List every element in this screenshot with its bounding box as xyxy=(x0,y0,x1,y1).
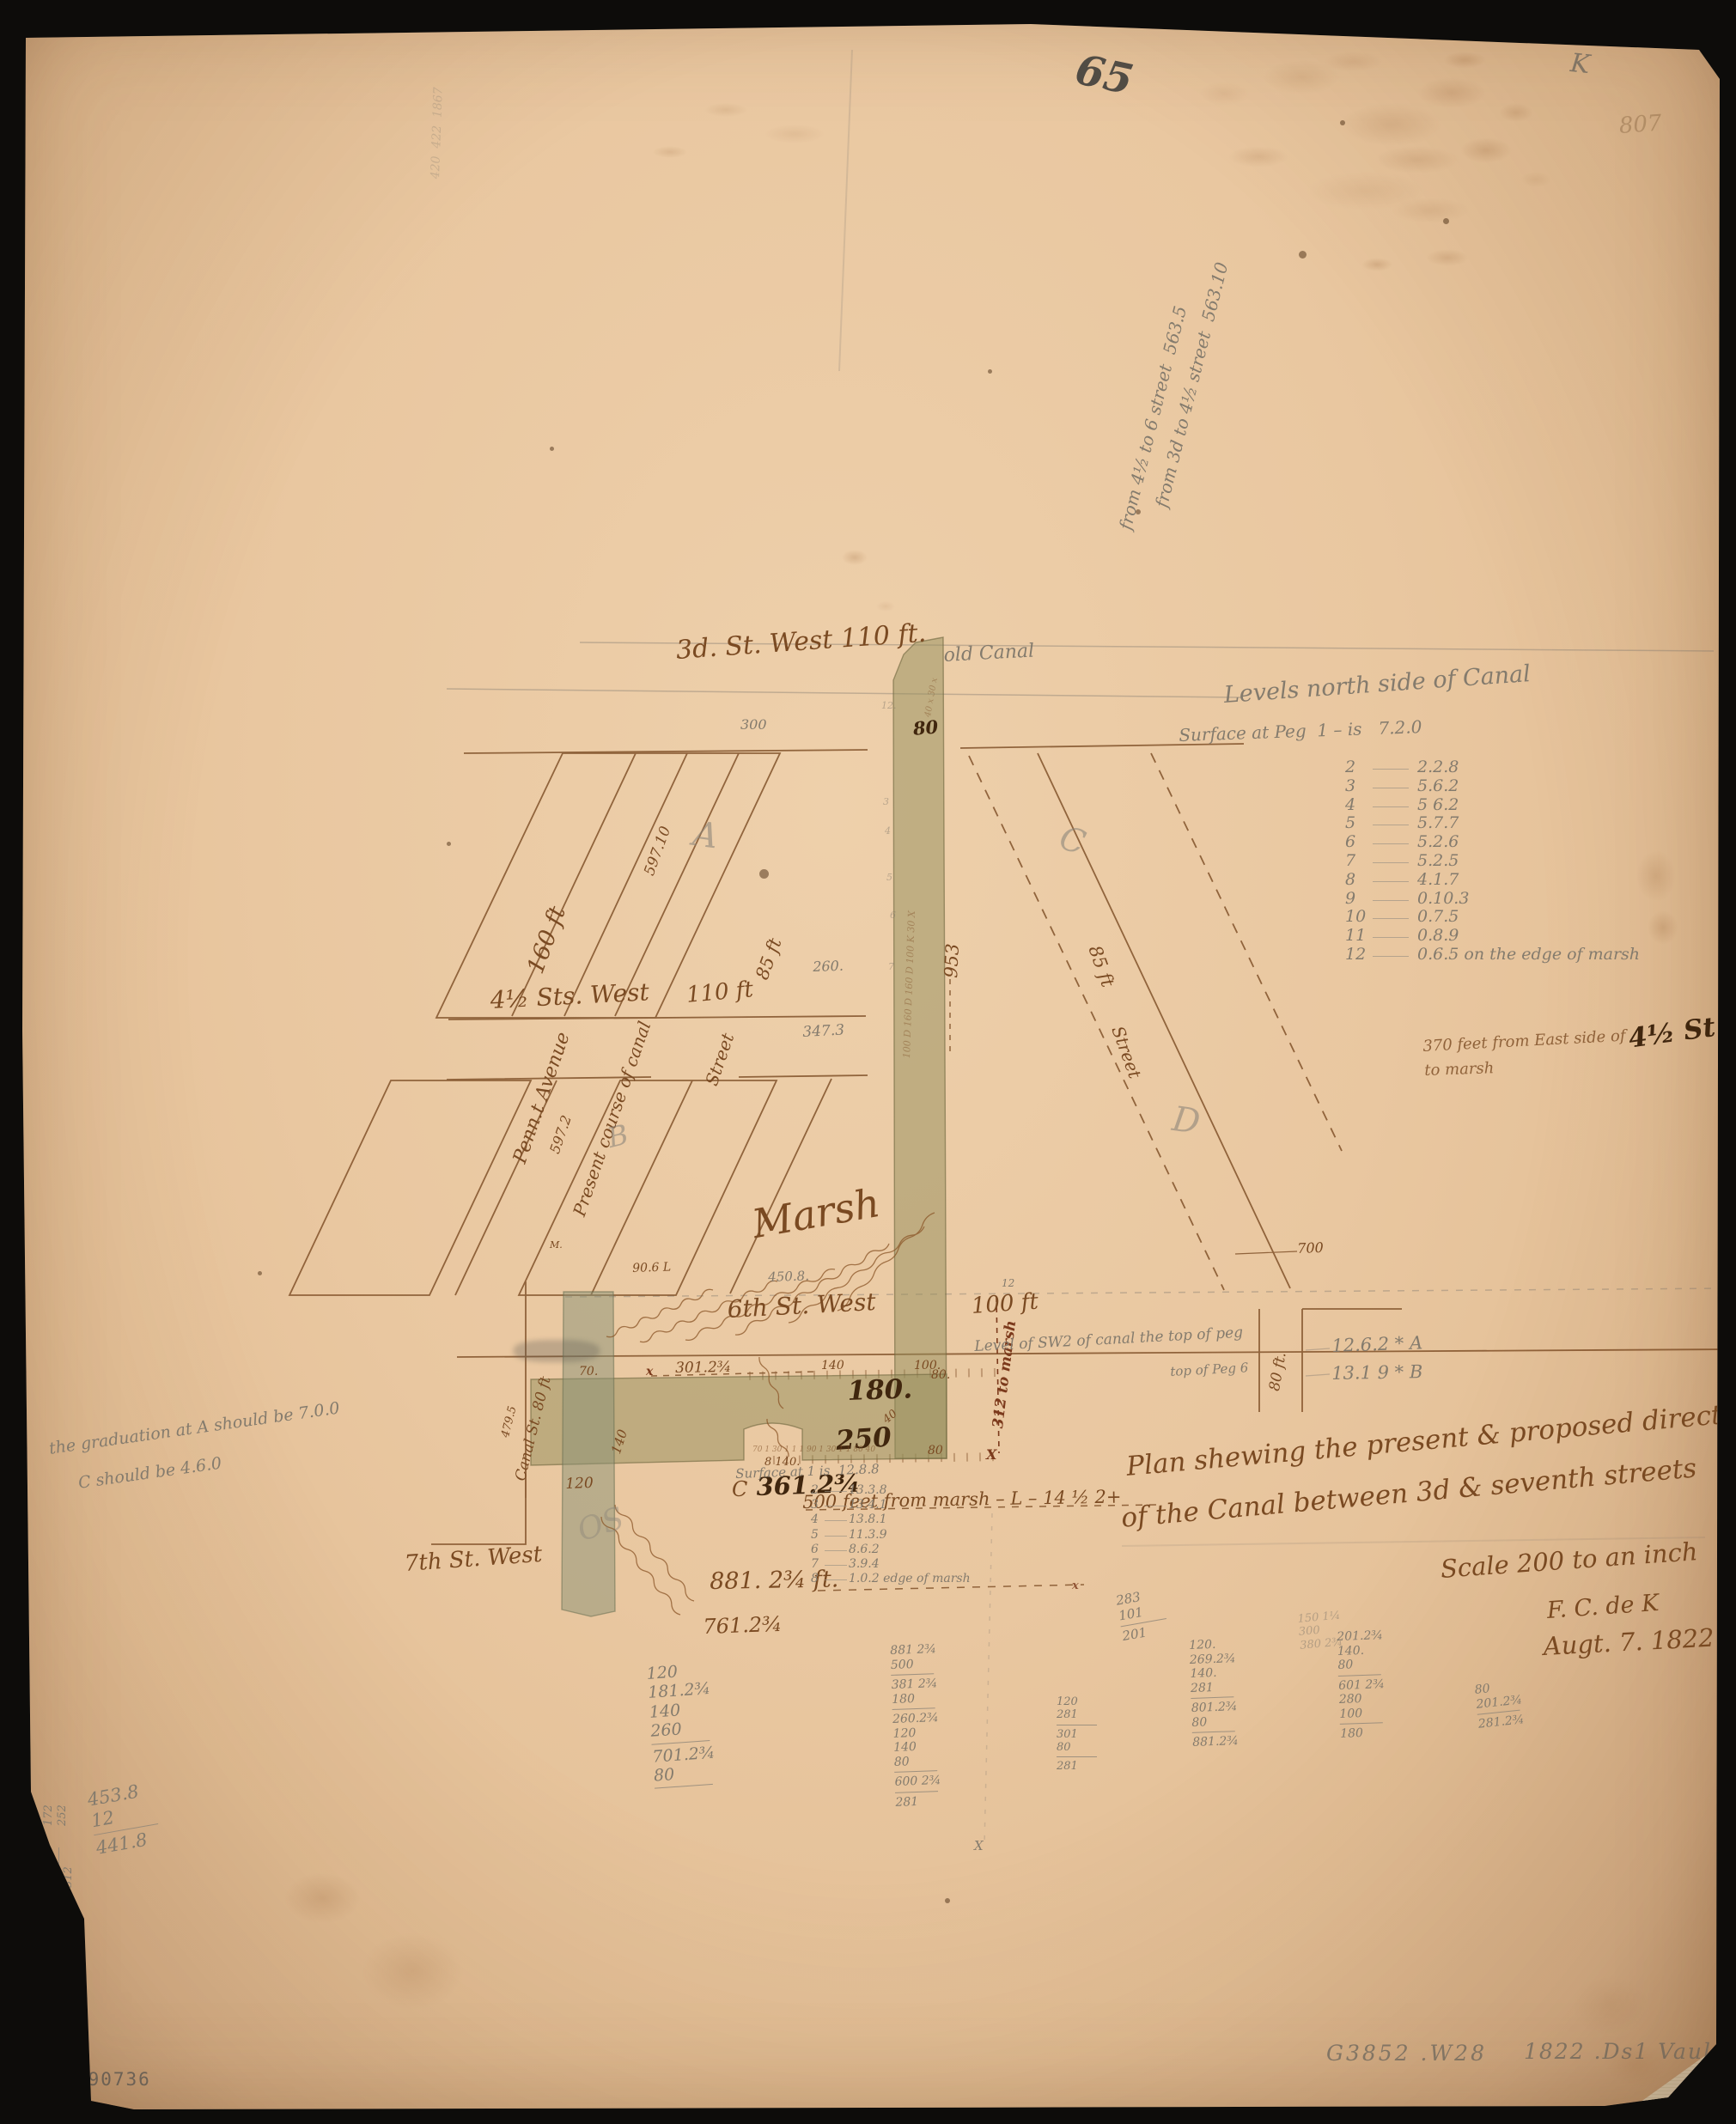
surface-value: 1.0.2 edge of marsh xyxy=(849,1573,971,1585)
calc-rotated-2: 172140312 xyxy=(29,1847,75,1888)
levels-value: 5.2.6 xyxy=(1417,834,1459,851)
num-347-3: 347.3 xyxy=(802,1023,845,1040)
surface-value: 8.6.2 xyxy=(849,1543,880,1556)
levels-peg: 10 xyxy=(1345,909,1366,926)
levels-value: 0.10.3 xyxy=(1417,891,1469,908)
calc-line: 80 xyxy=(894,1754,941,1769)
tick-numbers: 70 1 30 1 1 1 90 1 30 1 1 80 40 xyxy=(752,1446,875,1454)
calc-line: 601 2¾ xyxy=(1338,1677,1385,1693)
letter-a: A xyxy=(691,816,720,855)
surface-value: 13.4.1 xyxy=(849,1499,887,1512)
levels-value: 0.7.5 xyxy=(1417,909,1459,926)
sum-rule xyxy=(892,1707,935,1710)
levels-dash xyxy=(1373,881,1409,882)
sum-rule xyxy=(895,1791,938,1793)
calc-line: 281 xyxy=(1191,1680,1237,1695)
peg-4: 4 xyxy=(885,826,891,837)
levels-value: 5.2.5 xyxy=(1417,853,1459,870)
peg-7: 7 xyxy=(888,962,894,972)
calc-line: 80 xyxy=(29,1804,42,1826)
ink-street-lines xyxy=(289,744,1728,1591)
mark-x-70: x xyxy=(646,1366,653,1378)
calc-line: 172 xyxy=(29,1847,42,1888)
calc-line: 312 xyxy=(62,1847,75,1888)
surface-peg: 5 xyxy=(811,1529,819,1542)
sum-rule xyxy=(1191,1696,1233,1699)
sum-rule xyxy=(1057,1756,1097,1757)
levels-peg: 6 xyxy=(1345,834,1355,851)
surface-dash xyxy=(825,1491,847,1492)
num-70: 70. xyxy=(579,1366,598,1378)
surface-peg: 7 xyxy=(811,1558,819,1571)
calc-line: 260 xyxy=(650,1718,714,1741)
calc-line: 281 xyxy=(1057,1760,1097,1773)
calc-line: 140 xyxy=(42,1847,55,1888)
calc-line: 269.2¾ xyxy=(1190,1652,1236,1667)
calc-line: 281 xyxy=(1057,1708,1097,1721)
peg-5: 5 xyxy=(886,873,892,883)
calc-line: 801.2¾ xyxy=(1191,1700,1238,1715)
levels-peg: 11 xyxy=(1345,928,1366,945)
page-number: 65 xyxy=(1072,48,1137,102)
calc-line: 120 xyxy=(1057,1695,1097,1708)
num-110ft: 110 ft xyxy=(685,978,754,1007)
surface-dash xyxy=(825,1520,847,1521)
calc-line: 100 xyxy=(1339,1706,1386,1721)
levels-peg: 8 xyxy=(1345,872,1355,889)
note-370-2: to marsh xyxy=(1424,1061,1495,1080)
levels-peg: 3 xyxy=(1345,778,1355,795)
calc-line: 140. xyxy=(1190,1665,1236,1681)
calc-line: 180 xyxy=(1340,1725,1386,1741)
peg-12: 12. xyxy=(881,701,897,711)
calc-col-7: 80201.2¾281.2¾ xyxy=(1474,1678,1525,1731)
calc-line: 172 xyxy=(42,1804,55,1826)
levels-dash xyxy=(1373,769,1409,770)
levels-value: 5.6.2 xyxy=(1417,778,1459,795)
num-450-8: 450.8. xyxy=(768,1269,809,1284)
sum-rule xyxy=(1338,1674,1381,1677)
levels-dash xyxy=(1373,806,1409,807)
surface-peg: 6 xyxy=(811,1543,819,1556)
num-700: 700 xyxy=(1297,1241,1324,1257)
mark-x-marsh: X xyxy=(986,1448,996,1463)
surface-peg: 8 xyxy=(811,1573,819,1585)
levels-peg: 4 xyxy=(1345,797,1355,814)
calc-col-6: 201.2¾140.80601 2¾280100180 xyxy=(1337,1628,1386,1741)
calc-line: 80 xyxy=(653,1762,716,1786)
surface-value: 11.3.9 xyxy=(849,1529,887,1542)
surface-dash xyxy=(825,1506,847,1506)
calc-line: 600 2¾ xyxy=(894,1774,941,1789)
letter-d: D xyxy=(1170,1101,1203,1141)
levels-peg: 12 xyxy=(1345,946,1366,964)
num-100ft: 100 ft xyxy=(971,1291,1039,1319)
calc-line: 120 xyxy=(892,1725,939,1741)
calc-line: 80 xyxy=(1191,1714,1238,1730)
levels-dash xyxy=(1373,918,1409,919)
calc-line: 140. xyxy=(1337,1643,1384,1658)
surface-dash xyxy=(825,1565,847,1566)
calc-line: 301 xyxy=(1057,1728,1097,1741)
archive-number: 88-690736 xyxy=(38,2070,151,2089)
calc-col-8: 150 1¼300380 2¾ xyxy=(1297,1610,1343,1652)
sum-rule xyxy=(1057,1725,1097,1725)
num-12-peg: 12 xyxy=(1002,1278,1014,1289)
calc-line: 281 xyxy=(895,1794,941,1810)
num-80-right1: 80. xyxy=(931,1369,950,1382)
vault-number: 1822 .Ds1 Vault xyxy=(1524,2041,1722,2063)
num-80-canal-top: 80 xyxy=(912,717,939,739)
levels-value: 0.8.9 xyxy=(1417,928,1459,945)
calc-line: 260.2¾ xyxy=(892,1711,939,1726)
surface-dash xyxy=(825,1550,847,1551)
levels-dash xyxy=(1373,825,1409,825)
num-300: 300 xyxy=(740,718,767,733)
num-301-2: 301.2¾ xyxy=(675,1360,731,1377)
levels-peg: 5 xyxy=(1345,815,1355,832)
level-a-value: 12.6.2 * A xyxy=(1331,1333,1423,1355)
levels-dash xyxy=(1373,900,1409,901)
calc-rotated-1: 80172252 xyxy=(29,1804,69,1826)
calc-line: 80 xyxy=(1057,1741,1097,1754)
calc-line: 280 xyxy=(1339,1691,1386,1707)
surface-peg: 2 xyxy=(811,1484,819,1497)
levels-value: 5 6.2 xyxy=(1417,797,1459,814)
calc-col-4: 283101201 xyxy=(1115,1586,1170,1646)
surface-value: 13.3.8 xyxy=(849,1484,887,1497)
calc-col-2: 881 2¾500381 2¾180260.2¾12014080600 2¾28… xyxy=(890,1642,941,1810)
peg-6: 6 xyxy=(890,910,896,921)
num-120: 120 xyxy=(565,1476,594,1493)
corner-letter: K xyxy=(1569,50,1592,79)
num-761: 761.2¾ xyxy=(703,1614,783,1638)
mark-m: M. xyxy=(550,1240,563,1251)
surface-value: 13.8.1 xyxy=(849,1513,887,1526)
surface-value: 3.9.4 xyxy=(849,1558,880,1571)
levels-dash xyxy=(1373,788,1409,788)
sum-rule xyxy=(58,1847,59,1888)
sum-rule xyxy=(1192,1731,1235,1733)
levels-dash xyxy=(1373,862,1409,863)
call-number: G3852 .W28 xyxy=(1326,2042,1487,2065)
calc-corner: 453.812441.8 xyxy=(86,1779,162,1859)
levels-peg: 7 xyxy=(1345,853,1355,870)
calc-col-1: 120181.2¾140260701.2¾80 xyxy=(646,1660,717,1792)
calc-col-5: 120.269.2¾140.281801.2¾80881.2¾ xyxy=(1189,1637,1239,1750)
num-140-top: 140 xyxy=(821,1360,844,1372)
calc-line: 180 xyxy=(892,1691,938,1707)
calc-line: 881 2¾ xyxy=(890,1642,936,1658)
label-c-ink: C xyxy=(732,1479,747,1500)
sum-rule xyxy=(891,1673,934,1676)
levels-dash xyxy=(1373,956,1409,957)
canal-953: 953 xyxy=(941,943,962,978)
surface-peg: 4 xyxy=(811,1513,819,1526)
calc-line: 201.2¾ xyxy=(1337,1628,1383,1644)
levels-peg: 9 xyxy=(1345,891,1355,908)
num-180: 180. xyxy=(847,1375,913,1405)
num-80-right2: 80 xyxy=(928,1445,943,1458)
levels-value: 2.2.8 xyxy=(1417,759,1459,776)
photo-background: 65 K 807 Plan shewing the present & prop… xyxy=(0,0,1736,2124)
mark-x-881: x xyxy=(1072,1580,1079,1592)
level-b-value: 13.1 9 * B xyxy=(1331,1362,1422,1383)
corner-number: 807 xyxy=(1618,113,1662,139)
calc-line: 80 xyxy=(1337,1657,1384,1672)
surface-dash xyxy=(825,1579,847,1580)
calc-line: 120. xyxy=(1189,1637,1235,1652)
calc-line: 252 xyxy=(56,1804,69,1826)
surface-dash xyxy=(825,1536,847,1537)
sum-rule xyxy=(1340,1722,1383,1725)
num-260: 260. xyxy=(813,959,844,975)
calc-line: 500 xyxy=(891,1657,937,1672)
levels-value: 4.1.7 xyxy=(1417,872,1459,889)
levels-peg: 2 xyxy=(1345,759,1355,776)
map-sheet: 65 K 807 Plan shewing the present & prop… xyxy=(0,0,1736,2124)
calc-line: 881.2¾ xyxy=(1192,1734,1239,1750)
old-canal-label: old Canal xyxy=(943,641,1035,666)
levels-value: 5.7.7 xyxy=(1417,815,1459,832)
num-881: 881. 2¾ ft. xyxy=(710,1567,839,1594)
peg-3: 3 xyxy=(883,797,889,807)
num-90-6: 90.6 L xyxy=(632,1261,671,1275)
surface-peg: 3 xyxy=(811,1499,819,1512)
calc-line: 140 xyxy=(893,1739,940,1755)
levels-dash xyxy=(1373,937,1409,938)
calc-line: 381 2¾ xyxy=(891,1677,937,1692)
seventh-st-canal-strip xyxy=(562,1292,615,1616)
calc-col-3: 12028130180281 xyxy=(1057,1695,1097,1774)
sum-rule xyxy=(894,1770,937,1773)
levels-value: 0.6.5 on the edge of marsh xyxy=(1417,946,1640,964)
levels-dash xyxy=(1373,843,1409,844)
mark-x-bottom: X xyxy=(974,1840,984,1853)
